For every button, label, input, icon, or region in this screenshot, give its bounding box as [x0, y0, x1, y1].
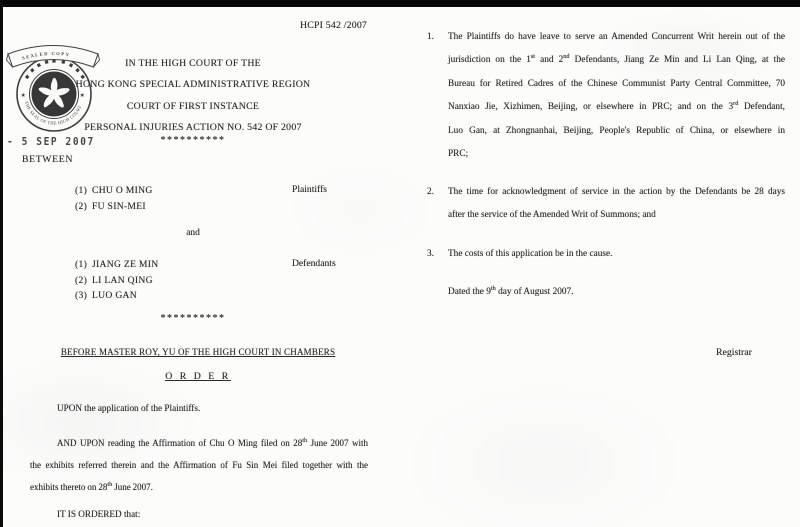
party-name: CHU O MING — [92, 184, 153, 200]
party-number: (1) — [75, 184, 92, 200]
order-item-text: The Plaintiffs do have leave to serve an… — [448, 26, 785, 166]
party-name: LUO GAN — [92, 289, 137, 305]
it-is-ordered-line: IT IS ORDERED that: — [57, 509, 140, 519]
seal-star-left: ★ — [21, 92, 26, 99]
party-name: LI LAN QING — [92, 274, 153, 290]
order-item-number: 3. — [427, 243, 434, 266]
plaintiffs-list: (1) CHU O MING (2) FU SIN-MEI — [75, 184, 315, 215]
order-item-text: The costs of this application be in the … — [448, 243, 785, 266]
party-number: (2) — [75, 200, 92, 216]
defendants-label: Defendants — [292, 258, 336, 269]
party-number: (2) — [75, 274, 92, 290]
filing-date-stamp: - 5 SEP 2007 — [7, 136, 95, 148]
party-row: (1) JIANG ZE MIN — [75, 258, 315, 274]
dated-line: Dated the 9th day of August 2007. — [448, 281, 785, 304]
before-master-heading: BEFORE MASTER ROY, YU OF THE HIGH COURT … — [28, 347, 368, 357]
seal-ribbon — [8, 46, 98, 68]
court-seal-icon: ★ ★ THE SEAL OF THE HIGH COURT SEALED CO… — [6, 36, 100, 136]
court-order-scan: HCPI 542 /2007 IN THE HIGH COURT OF THE … — [0, 0, 800, 527]
party-row: (1) CHU O MING — [75, 184, 315, 200]
order-item-3: 3. The costs of this application be in t… — [427, 243, 792, 266]
case-number: HCPI 542 /2007 — [300, 20, 367, 31]
order-item-1: 1. The Plaintiffs do have leave to serve… — [427, 26, 792, 166]
and-upon-paragraph: AND UPON reading the Affirmation of Chu … — [30, 433, 368, 498]
asterisk-divider: ********** — [28, 313, 358, 324]
party-row: (3) LUO GAN — [75, 289, 315, 305]
order-item-2: 2. The time for acknowledgment of servic… — [427, 181, 792, 228]
between-label: BETWEEN — [22, 154, 73, 165]
registrar-signature-label: Registrar — [716, 347, 752, 358]
order-heading: O R D E R — [28, 371, 368, 382]
party-row: (2) FU SIN-MEI — [75, 200, 315, 216]
scan-edge-left — [0, 0, 3, 527]
party-name: JIANG ZE MIN — [92, 258, 158, 274]
order-item-number: 2. — [427, 181, 434, 204]
order-item-text: The time for acknowledgment of service i… — [448, 181, 785, 228]
party-name: FU SIN-MEI — [92, 200, 146, 216]
plaintiffs-label: Plaintiffs — [292, 184, 327, 195]
order-item-number: 1. — [427, 26, 434, 49]
scan-edge-top — [0, 0, 800, 7]
party-number: (3) — [75, 289, 92, 305]
party-number: (1) — [75, 258, 92, 274]
defendants-list: (1) JIANG ZE MIN (2) LI LAN QING (3) LUO… — [75, 258, 315, 305]
and-separator: and — [28, 228, 358, 238]
party-row: (2) LI LAN QING — [75, 274, 315, 290]
upon-application-line: UPON the application of the Plaintiffs. — [57, 403, 200, 413]
seal-star-right: ★ — [80, 92, 85, 99]
